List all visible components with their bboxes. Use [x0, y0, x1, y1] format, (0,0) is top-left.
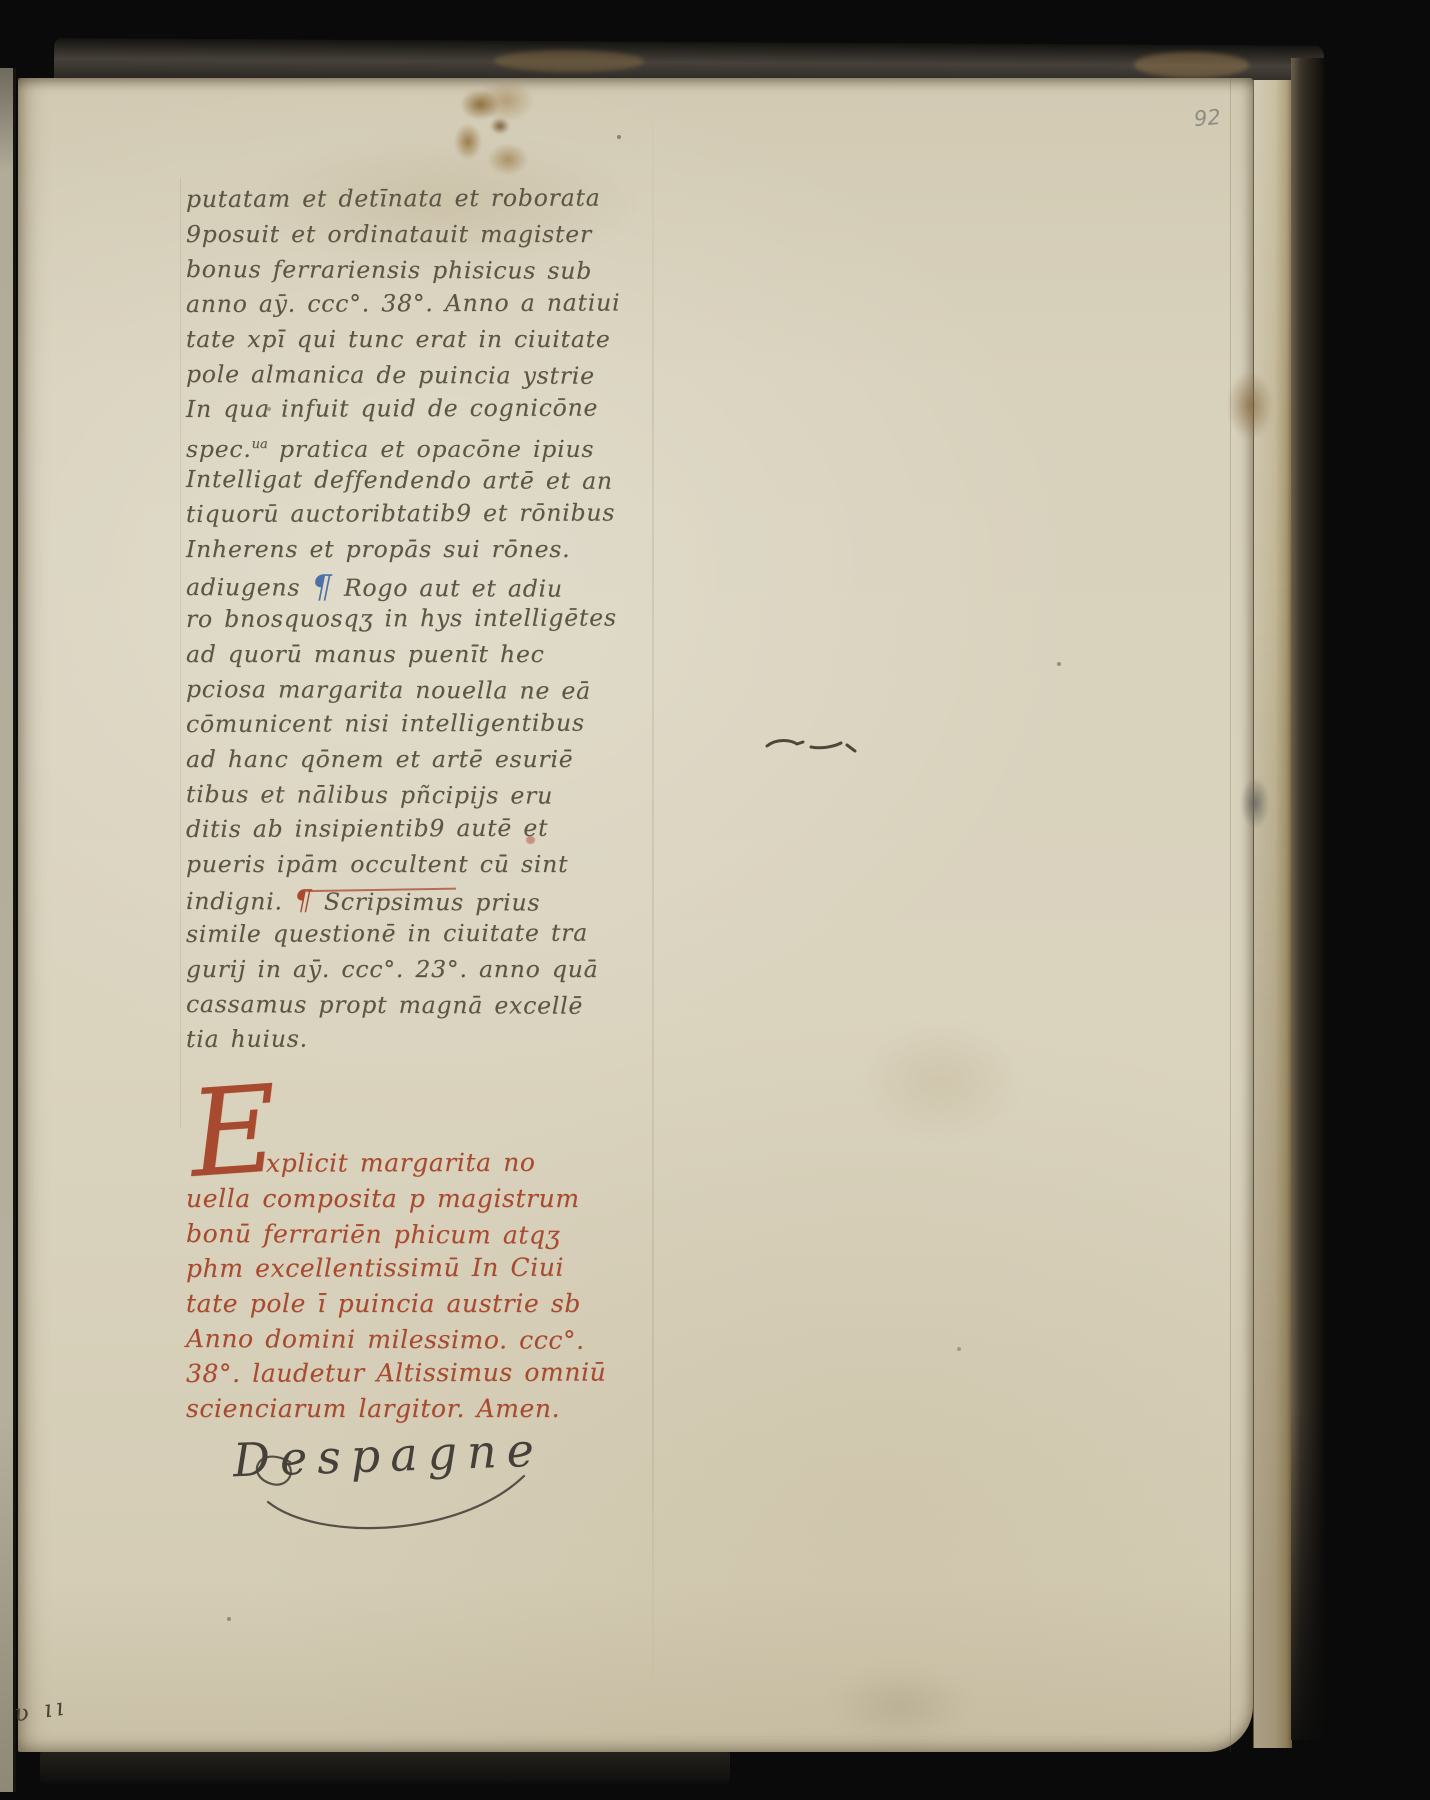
manuscript-line: tate pole ī puincia austrie sb	[186, 1286, 606, 1321]
ruling-line	[180, 178, 181, 1128]
manuscript-line: spec.ua pratica et opacōne ipius	[186, 427, 620, 462]
text-segment: tate xpī qui tunc erat in ciuitate	[186, 325, 611, 353]
manuscript-line: xplicit margarita no	[186, 1145, 606, 1181]
text-segment: xplicit margarita no	[266, 1148, 536, 1178]
manuscript-line: ditis ab insipientib9 autē et	[186, 810, 621, 847]
binding-bottom-edge	[40, 1752, 730, 1786]
text-segment: gurij in aȳ. ccc°. 23°. anno quā	[186, 955, 599, 983]
manuscript-line: bonū ferrariēn phicum atqʒ	[186, 1216, 606, 1253]
manuscript-line: cōmunicent nisi intelligentibus	[186, 705, 621, 742]
manuscript-line: scienciarum largitor. Amen.	[186, 1391, 606, 1426]
page-crease	[1230, 78, 1231, 1752]
binding-stain	[494, 50, 644, 73]
manuscript-line: In qua infuit quid de cognicōne	[186, 390, 621, 427]
text-segment: pole almanica de puincia ystrie	[186, 360, 595, 390]
manuscript-line: pueris ipām occultent cū sint	[186, 847, 620, 882]
manuscript-line: simile questionē in ciuitate tra	[186, 915, 621, 952]
manuscript-line: tiquorū auctoribtatib9 et rōnibus	[186, 495, 621, 532]
stain	[18, 78, 20, 80]
manuscript-line: pole almanica de puincia ystrie	[186, 357, 621, 394]
main-text-block: putatam et detīnata et roborata9posuit e…	[186, 182, 620, 1057]
text-segment: pueris ipām occultent cū sint	[186, 850, 568, 878]
text-segment: ro bnosquosqʒ in hys intelligētes	[186, 603, 617, 633]
ink-smudge-mark	[763, 728, 858, 758]
text-segment: putatam et detīnata et roborata	[186, 184, 601, 213]
manuscript-line: Inherens et propās sui rōnes.	[186, 532, 620, 567]
manuscript-line: bonus ferrariensis phisicus sub	[186, 252, 621, 289]
text-segment: tate pole ī puincia austrie sb	[186, 1289, 581, 1318]
blue-pilcrow: ¶	[311, 568, 332, 606]
text-segment: simile questionē in ciuitate tra	[186, 919, 588, 948]
manuscript-line: tate xpī qui tunc erat in ciuitate	[186, 322, 620, 357]
manuscript-line: ad hanc qōnem et artē esuriē	[186, 742, 620, 777]
text-segment: spec.	[186, 435, 252, 463]
manuscript-line: ro bnosquosqʒ in hys intelligētes	[186, 600, 621, 637]
left-page-edges	[0, 68, 16, 1792]
manuscript-line: tia huius.	[186, 1020, 621, 1057]
text-segment: ad hanc qōnem et artē esuriē	[186, 745, 573, 773]
text-segment: pratica et opacōne ipius	[268, 435, 594, 463]
text-segment: In qua infuit quid de cognicōne	[186, 394, 598, 423]
manuscript-photo: 92 putatam et detīnata et roborata9posui…	[0, 0, 1430, 1800]
manuscript-line: pciosa margarita nouella ne eā	[186, 672, 621, 709]
text-segment: uella composita p magistrum	[186, 1184, 580, 1213]
text-segment: Inherens et propās sui rōnes.	[186, 535, 570, 563]
text-segment: ditis ab insipientib9 autē et	[186, 814, 548, 843]
text-segment: anno aȳ. ccc°. 38°. Anno a natiui	[186, 288, 620, 318]
stain	[448, 83, 548, 181]
text-segment: bonus ferrariensis phisicus sub	[186, 255, 592, 285]
folio-number: 92	[1193, 105, 1222, 131]
text-segment: Intelligat deffendendo artē et an	[186, 465, 613, 495]
manuscript-line: uella composita p magistrum	[186, 1181, 606, 1216]
text-segment: cassamus propt magnā excellē	[186, 990, 583, 1020]
text-segment: Anno domini milessimo. ccc°.	[186, 1324, 585, 1355]
sup: ua	[252, 437, 268, 452]
text-segment: 38°. laudetur Altissimus omniū	[186, 1358, 606, 1388]
page-shading	[18, 1578, 1253, 1752]
manuscript-line: 38°. laudetur Altissimus omniū	[186, 1355, 606, 1391]
manuscript-line: Intelligat deffendendo artē et an	[186, 462, 621, 499]
manuscript-line: ad quorū manus puenīt hec	[186, 637, 620, 672]
manuscript-line: putatam et detīnata et roborata	[186, 180, 621, 217]
page-fore-edge	[1253, 80, 1292, 1748]
manuscript-line: indigni. ¶ Scripsimus prius	[186, 882, 621, 919]
manuscript-line: Anno domini milessimo. ccc°.	[186, 1321, 606, 1358]
stain	[848, 1008, 1033, 1153]
manuscript-line: adiugens ¶ Rogo aut et adiu	[186, 567, 621, 604]
text-segment: adiugens	[186, 573, 312, 602]
manuscript-line: gurij in aȳ. ccc°. 23°. anno quā	[186, 952, 620, 987]
text-segment: tiquorū auctoribtatib9 et rōnibus	[186, 499, 615, 528]
text-segment: bonū ferrariēn phicum atqʒ	[186, 1219, 560, 1250]
text-segment: cōmunicent nisi intelligentibus	[186, 709, 585, 738]
manuscript-line: phm excellentissimū In Ciui	[186, 1250, 606, 1286]
manuscript-line: 9posuit et ordinatauit magister	[186, 217, 620, 252]
binding-right-edge	[1291, 58, 1325, 1740]
text-segment: pciosa margarita nouella ne eā	[186, 675, 591, 705]
text-segment: tia huius.	[186, 1025, 308, 1053]
text-segment: indigni.	[186, 887, 294, 915]
manuscript-line: anno aȳ. ccc°. 38°. Anno a natiui	[186, 285, 621, 322]
explicit-block: xplicit margarita nouella composita p ma…	[186, 1146, 606, 1426]
manuscript-line: tibus et nālibus pñcipijs eru	[186, 777, 621, 814]
text-segment: tibus et nālibus pñcipijs eru	[186, 780, 553, 810]
text-segment: ad quorū manus puenīt hec	[186, 640, 545, 668]
text-segment: phm excellentissimū In Ciui	[186, 1253, 564, 1283]
manuscript-page: 92 putatam et detīnata et roborata9posui…	[18, 78, 1253, 1752]
red-pilcrow: ¶	[294, 883, 313, 916]
page-crease	[652, 98, 654, 1718]
manuscript-line: cassamus propt magnā excellē	[186, 987, 621, 1024]
owner-signature: Despagne	[232, 1423, 545, 1488]
text-segment: Rogo aut et adiu	[333, 574, 563, 603]
text-segment: 9posuit et ordinatauit magister	[186, 220, 592, 248]
text-segment: scienciarum largitor. Amen.	[186, 1394, 560, 1423]
binding-stain	[1134, 52, 1249, 79]
text-segment: Scripsimus prius	[313, 888, 541, 917]
